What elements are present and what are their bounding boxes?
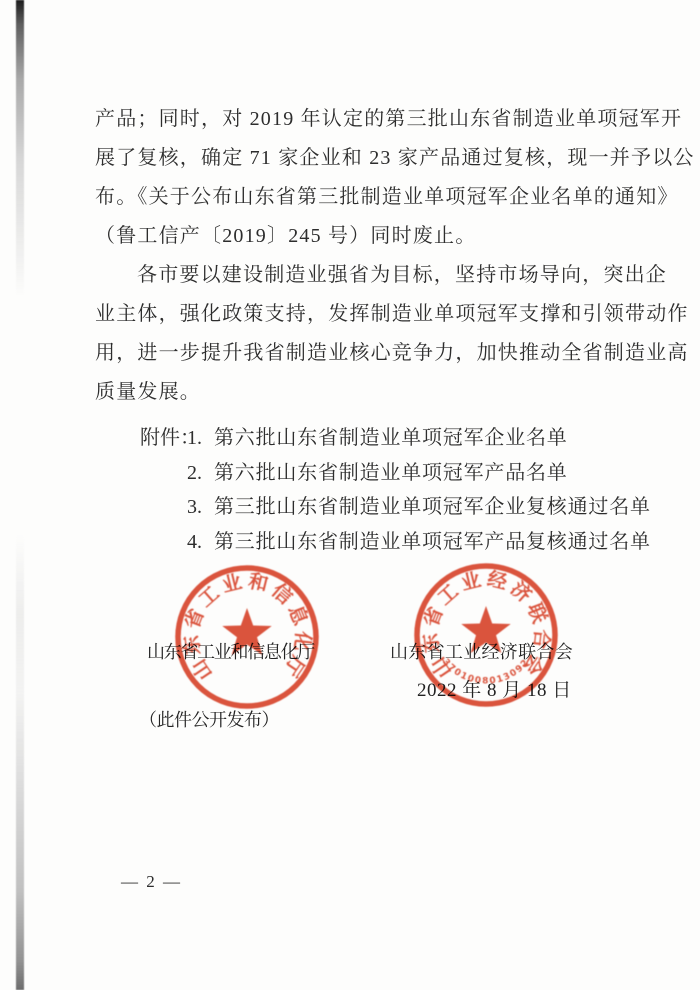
attachment-item: 3.第三批山东省制造业单项冠军企业复核通过名单 bbox=[140, 490, 651, 525]
attachment-label: 附件： bbox=[140, 421, 187, 456]
attachment-title: 第三批山东省制造业单项冠军产品复核通过名单 bbox=[214, 531, 651, 553]
page-number: — 2 — bbox=[121, 872, 182, 892]
attachment-title: 第六批山东省制造业单项冠军企业名单 bbox=[214, 427, 568, 449]
scanned-document-page: 产品；同时，对 2019 年认定的第三批山东省制造业单项冠军开 展了复核，确定 … bbox=[0, 0, 700, 990]
body-line: （鲁工信产〔2019〕245 号）同时废止。 bbox=[95, 217, 637, 256]
attachment-item: 2.第六批山东省制造业单项冠军产品名单 bbox=[140, 456, 651, 491]
scan-edge-artifact bbox=[16, 0, 24, 990]
svg-text:3701008013092: 3701008013092 bbox=[440, 657, 532, 686]
attachment-number: 1. bbox=[187, 421, 214, 456]
attachment-number: 3. bbox=[187, 490, 214, 525]
body-line: 业主体，强化政策支持，发挥制造业单项冠军支撑和引领带动作 bbox=[95, 295, 637, 334]
body-line: 展了复核，确定 71 家企业和 23 家产品通过复核，现一并予以公 bbox=[95, 139, 637, 178]
attachment-title: 第六批山东省制造业单项冠军产品名单 bbox=[214, 462, 568, 484]
body-line: 布。《关于公布山东省第三批制造业单项冠军企业名单的通知》 bbox=[95, 178, 637, 217]
attachment-item: 附件：1.第六批山东省制造业单项冠军企业名单 bbox=[140, 421, 651, 456]
attachment-number: 4. bbox=[187, 525, 214, 560]
attachment-number: 2. bbox=[187, 456, 214, 491]
attachment-list: 附件：1.第六批山东省制造业单项冠军企业名单 2.第六批山东省制造业单项冠军产品… bbox=[140, 421, 651, 559]
attachment-item: 4.第三批山东省制造业单项冠军产品复核通过名单 bbox=[140, 525, 651, 560]
official-seal-right: 山东省工业经济联合会 3701008013092 bbox=[411, 560, 561, 710]
body-line: 产品；同时，对 2019 年认定的第三批山东省制造业单项冠军开 bbox=[95, 100, 637, 139]
seal-number-text: 3701008013092 bbox=[440, 657, 532, 686]
body-line: 质量发展。 bbox=[95, 373, 637, 412]
body-line: 各市要以建设制造业强省为目标，坚持市场导向，突出企 bbox=[95, 256, 637, 295]
star-icon bbox=[222, 608, 271, 655]
official-seal-left: 山东省工业和信息化厅 bbox=[172, 562, 322, 712]
body-text: 产品；同时，对 2019 年认定的第三批山东省制造业单项冠军开 展了复核，确定 … bbox=[95, 100, 637, 412]
body-line: 用，进一步提升我省制造业核心竞争力，加快推动全省制造业高 bbox=[95, 334, 637, 373]
attachment-title: 第三批山东省制造业单项冠军企业复核通过名单 bbox=[214, 496, 651, 518]
star-icon bbox=[461, 606, 510, 653]
